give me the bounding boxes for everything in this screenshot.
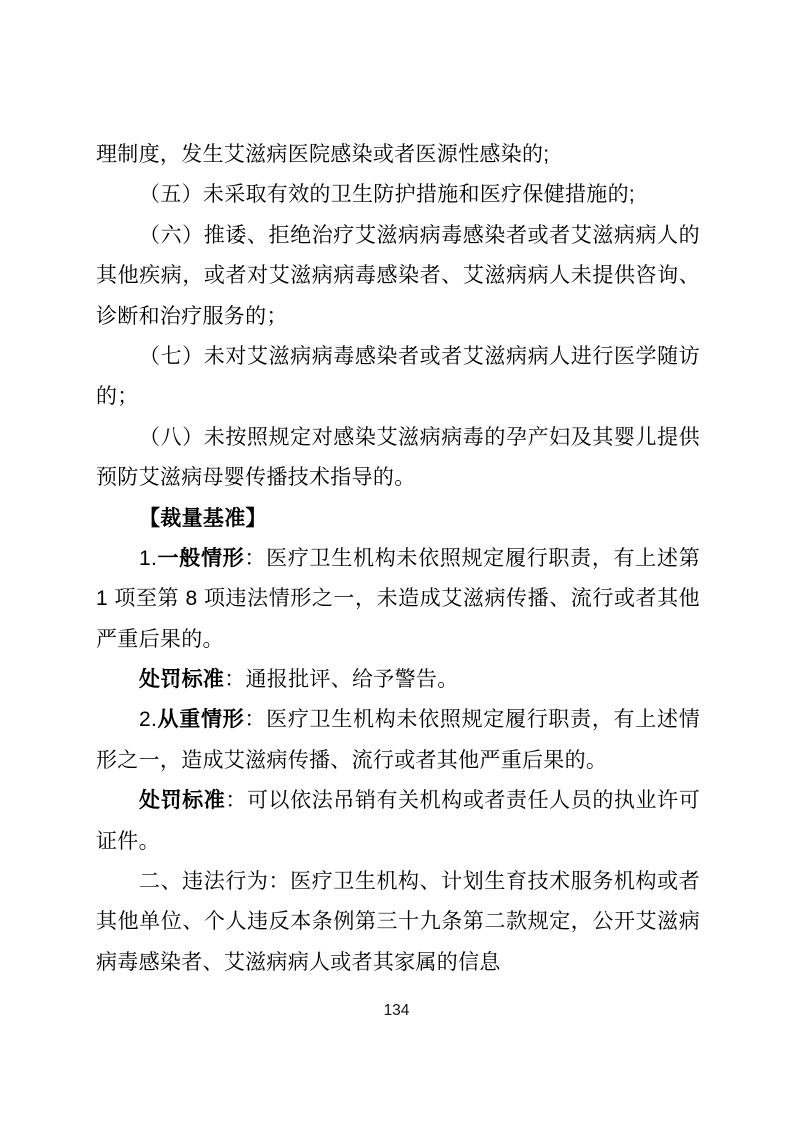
text-line-violation-2: 其他单位、个人违反本条例第三十九条第二款规定，公开艾滋病 [96, 902, 700, 942]
text-segment: 其他单位、个人违反本条例第三十九条第二款规定，公开艾滋病 [96, 910, 700, 933]
document-page: 理制度，发生艾滋病医院感染或者医源性感染的;（五）未采取有效的卫生防护措施和医疗… [0, 0, 793, 1122]
text-line-clause-8: 预防艾滋病母婴传播技术指导的。 [96, 458, 700, 498]
text-line-general-case: 1.一般情形：医疗卫生机构未依照规定履行职责，有上述第 [96, 539, 700, 579]
text-line-clause-6: 其他疾病，或者对艾滋病病毒感染者、艾滋病病人未提供咨询、 [96, 256, 700, 296]
text-segment: 二、违法行为：医疗卫生机构、计划生育技术服务机构或者 [139, 870, 700, 893]
text-segment: 严重后果的。 [96, 628, 224, 651]
text-line-penalty-standard-2: 证件。 [96, 822, 700, 862]
text-segment: （六）推诿、拒绝治疗艾滋病病毒感染者或者艾滋病病人的 [139, 224, 700, 247]
text-line-penalty-standard-2: 处罚标准：可以依法吊销有关机构或者责任人员的执业许可 [96, 781, 700, 821]
text-line-general-case: 严重后果的。 [96, 620, 700, 660]
text-segment: ：可以依法吊销有关机构或者责任人员的执业许可 [225, 789, 700, 812]
text-segment: （八）未按照规定对感染艾滋病病毒的孕产妇及其婴儿提供 [139, 426, 700, 449]
text-segment: 2. [139, 708, 157, 731]
text-segment: ：医疗卫生机构未依照规定履行职责，有上述情 [244, 708, 700, 731]
emphasis-text: 处罚标准 [139, 668, 224, 691]
text-segment: 预防艾滋病母婴传播技术指导的。 [96, 466, 416, 489]
text-segment: 病毒感染者、艾滋病病人或者其家属的信息 [96, 951, 501, 974]
text-segment: 1 项至第 8 项违法情形之一，未造成艾滋病传播、流行或者其他 [96, 587, 700, 610]
text-segment: 其他疾病，或者对艾滋病病毒感染者、艾滋病病人未提供咨询、 [96, 264, 700, 287]
text-segment: 诊断和治疗服务的； [96, 305, 288, 328]
text-segment: （七）未对艾滋病病毒感染者或者艾滋病病人进行医学随访 [139, 345, 700, 368]
text-line-aggravated-case: 2.从重情形：医疗卫生机构未依照规定履行职责，有上述情 [96, 700, 700, 740]
text-line-clause-8: （八）未按照规定对感染艾滋病病毒的孕产妇及其婴儿提供 [96, 418, 700, 458]
text-segment: 的； [96, 385, 139, 408]
text-line-clause-6: （六）推诿、拒绝治疗艾滋病病毒感染者或者艾滋病病人的 [96, 216, 700, 256]
text-line-penalty-standard-1: 处罚标准：通报批评、给予警告。 [96, 660, 700, 700]
text-segment: ：医疗卫生机构未依照规定履行职责，有上述第 [244, 547, 700, 570]
document-body: 理制度，发生艾滋病医院感染或者医源性感染的;（五）未采取有效的卫生防护措施和医疗… [96, 135, 700, 983]
text-segment: 形之一，造成艾滋病传播、流行或者其他严重后果的。 [96, 749, 607, 772]
emphasis-text: 从重情形 [157, 708, 244, 731]
text-line-violation-2: 病毒感染者、艾滋病病人或者其家属的信息 [96, 943, 700, 983]
text-segment: 理制度，发生艾滋病医院感染或者医源性感染的; [96, 143, 549, 166]
text-line-clause-7: 的； [96, 377, 700, 417]
text-segment: ：通报批评、给予警告。 [224, 668, 458, 691]
emphasis-text: 处罚标准 [139, 789, 225, 812]
text-segment: 证件。 [96, 830, 160, 853]
text-line-clause-4-continuation: 理制度，发生艾滋病医院感染或者医源性感染的; [96, 135, 700, 175]
emphasis-text: 一般情形 [157, 547, 244, 570]
emphasis-text: 【裁量基准】 [139, 507, 267, 530]
page-number: 134 [0, 1001, 793, 1021]
text-segment: 1. [139, 547, 157, 570]
text-segment: （五）未采取有效的卫生防护措施和医疗保健措施的; [139, 183, 635, 206]
text-line-clause-6: 诊断和治疗服务的； [96, 297, 700, 337]
text-line-clause-5: （五）未采取有效的卫生防护措施和医疗保健措施的; [96, 175, 700, 215]
text-line-violation-2: 二、违法行为：医疗卫生机构、计划生育技术服务机构或者 [96, 862, 700, 902]
text-line-discretion-benchmark-heading: 【裁量基准】 [96, 499, 700, 539]
text-line-aggravated-case: 形之一，造成艾滋病传播、流行或者其他严重后果的。 [96, 741, 700, 781]
text-line-clause-7: （七）未对艾滋病病毒感染者或者艾滋病病人进行医学随访 [96, 337, 700, 377]
text-line-general-case: 1 项至第 8 项违法情形之一，未造成艾滋病传播、流行或者其他 [96, 579, 700, 619]
